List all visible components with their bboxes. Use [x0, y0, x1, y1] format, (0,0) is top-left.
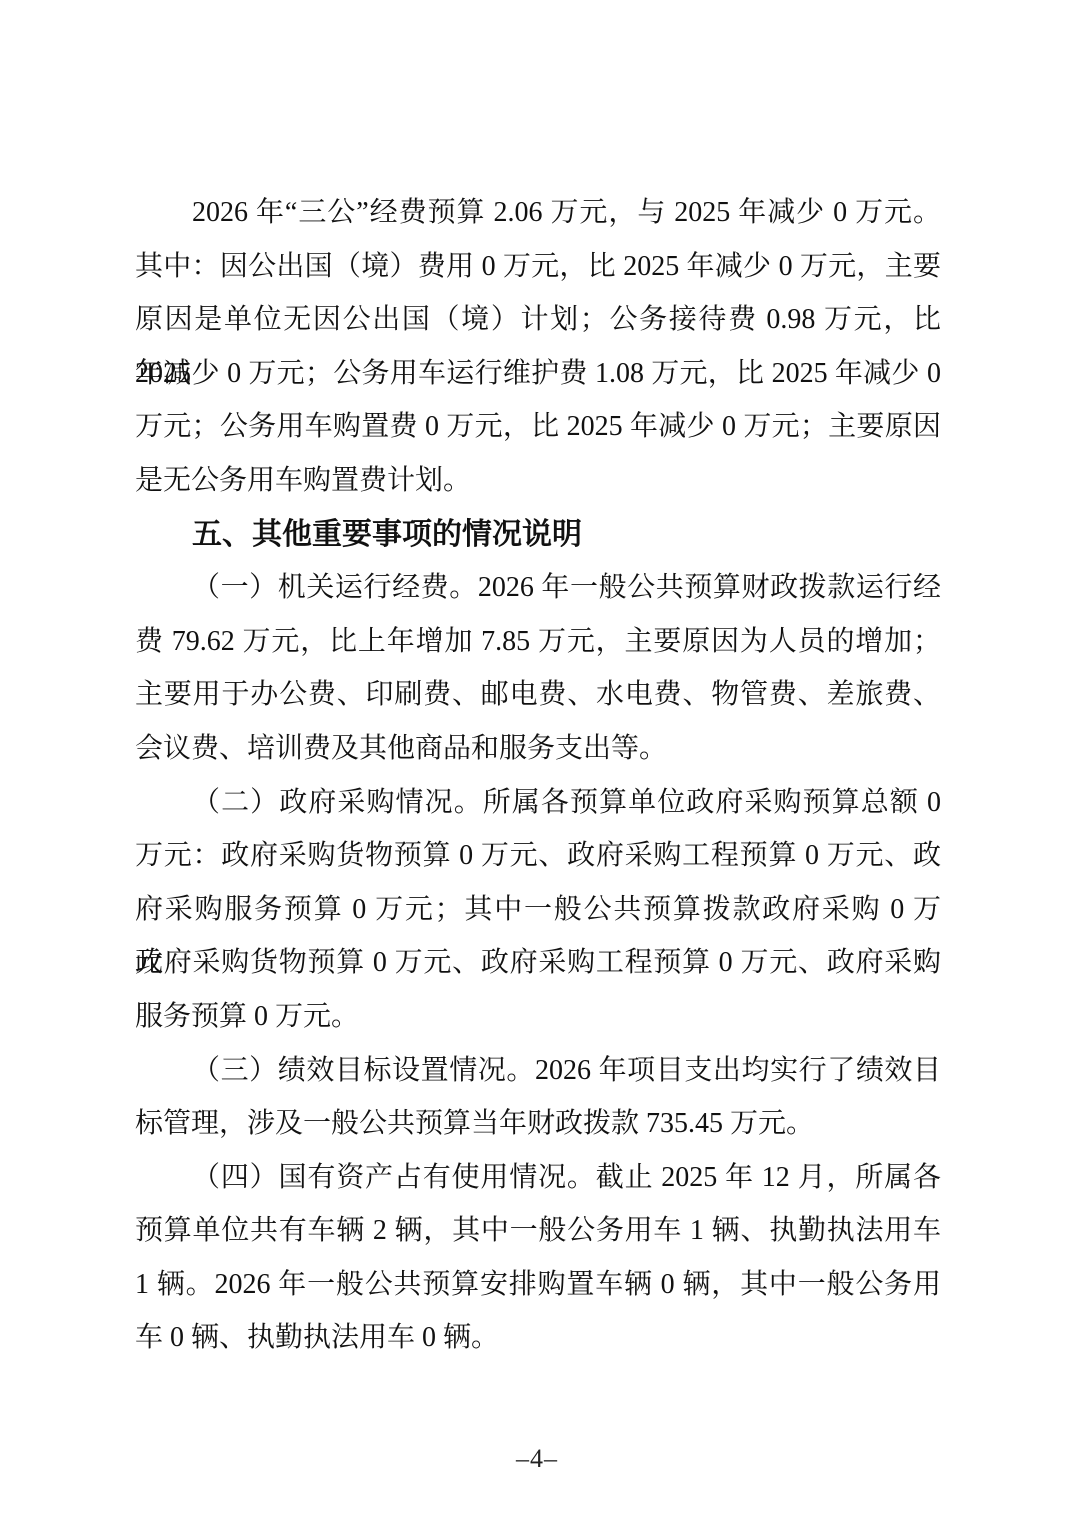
body-line: 政府采购货物预算 0 万元、政府采购工程预算 0 万元、政府采购 [135, 936, 941, 990]
body-line: 是无公务用车购置费计划。 [135, 454, 941, 508]
body-line: 原因是单位无因公出国（境）计划；公务接待费 0.98 万元，比 2025 [135, 293, 941, 347]
body-line: 车 0 辆、执勤执法用车 0 辆。 [135, 1311, 941, 1365]
body-line: （四）国有资产占有使用情况。截止 2025 年 12 月，所属各 [135, 1151, 941, 1205]
body-line: 万元；公务用车购置费 0 万元，比 2025 年减少 0 万元；主要原因 [135, 400, 941, 454]
body-line: 主要用于办公费、印刷费、邮电费、水电费、物管费、差旅费、 [135, 668, 941, 722]
body-line: （二）政府采购情况。所属各预算单位政府采购预算总额 0 [135, 776, 941, 830]
body-line: 会议费、培训费及其他商品和服务支出等。 [135, 722, 941, 776]
body-line: （一）机关运行经费。2026 年一般公共预算财政拨款运行经 [135, 561, 941, 615]
body-line: 预算单位共有车辆 2 辆，其中一般公务用车 1 辆、执勤执法用车 [135, 1204, 941, 1258]
page-number: –4– [0, 1444, 1074, 1474]
body-line: 服务预算 0 万元。 [135, 990, 941, 1044]
body-line: 年减少 0 万元；公务用车运行维护费 1.08 万元，比 2025 年减少 0 [135, 347, 941, 401]
body-line: 万元：政府采购货物预算 0 万元、政府采购工程预算 0 万元、政 [135, 829, 941, 883]
body-line: 府采购服务预算 0 万元；其中一般公共预算拨款政府采购 0 万元： [135, 883, 941, 937]
body-line: 费 79.62 万元，比上年增加 7.85 万元，主要原因为人员的增加； [135, 615, 941, 669]
document-body: 2026 年“三公”经费预算 2.06 万元，与 2025 年减少 0 万元。 … [135, 186, 941, 1365]
body-line: 标管理，涉及一般公共预算当年财政拨款 735.45 万元。 [135, 1097, 941, 1151]
section-heading: 五、其他重要事项的情况说明 [135, 508, 941, 562]
document-page: 2026 年“三公”经费预算 2.06 万元，与 2025 年减少 0 万元。 … [0, 0, 1074, 1520]
body-line: 1 辆。2026 年一般公共预算安排购置车辆 0 辆，其中一般公务用 [135, 1258, 941, 1312]
body-line: （三）绩效目标设置情况。2026 年项目支出均实行了绩效目 [135, 1044, 941, 1098]
body-line: 其中：因公出国（境）费用 0 万元，比 2025 年减少 0 万元，主要 [135, 240, 941, 294]
body-line: 2026 年“三公”经费预算 2.06 万元，与 2025 年减少 0 万元。 [135, 186, 941, 240]
